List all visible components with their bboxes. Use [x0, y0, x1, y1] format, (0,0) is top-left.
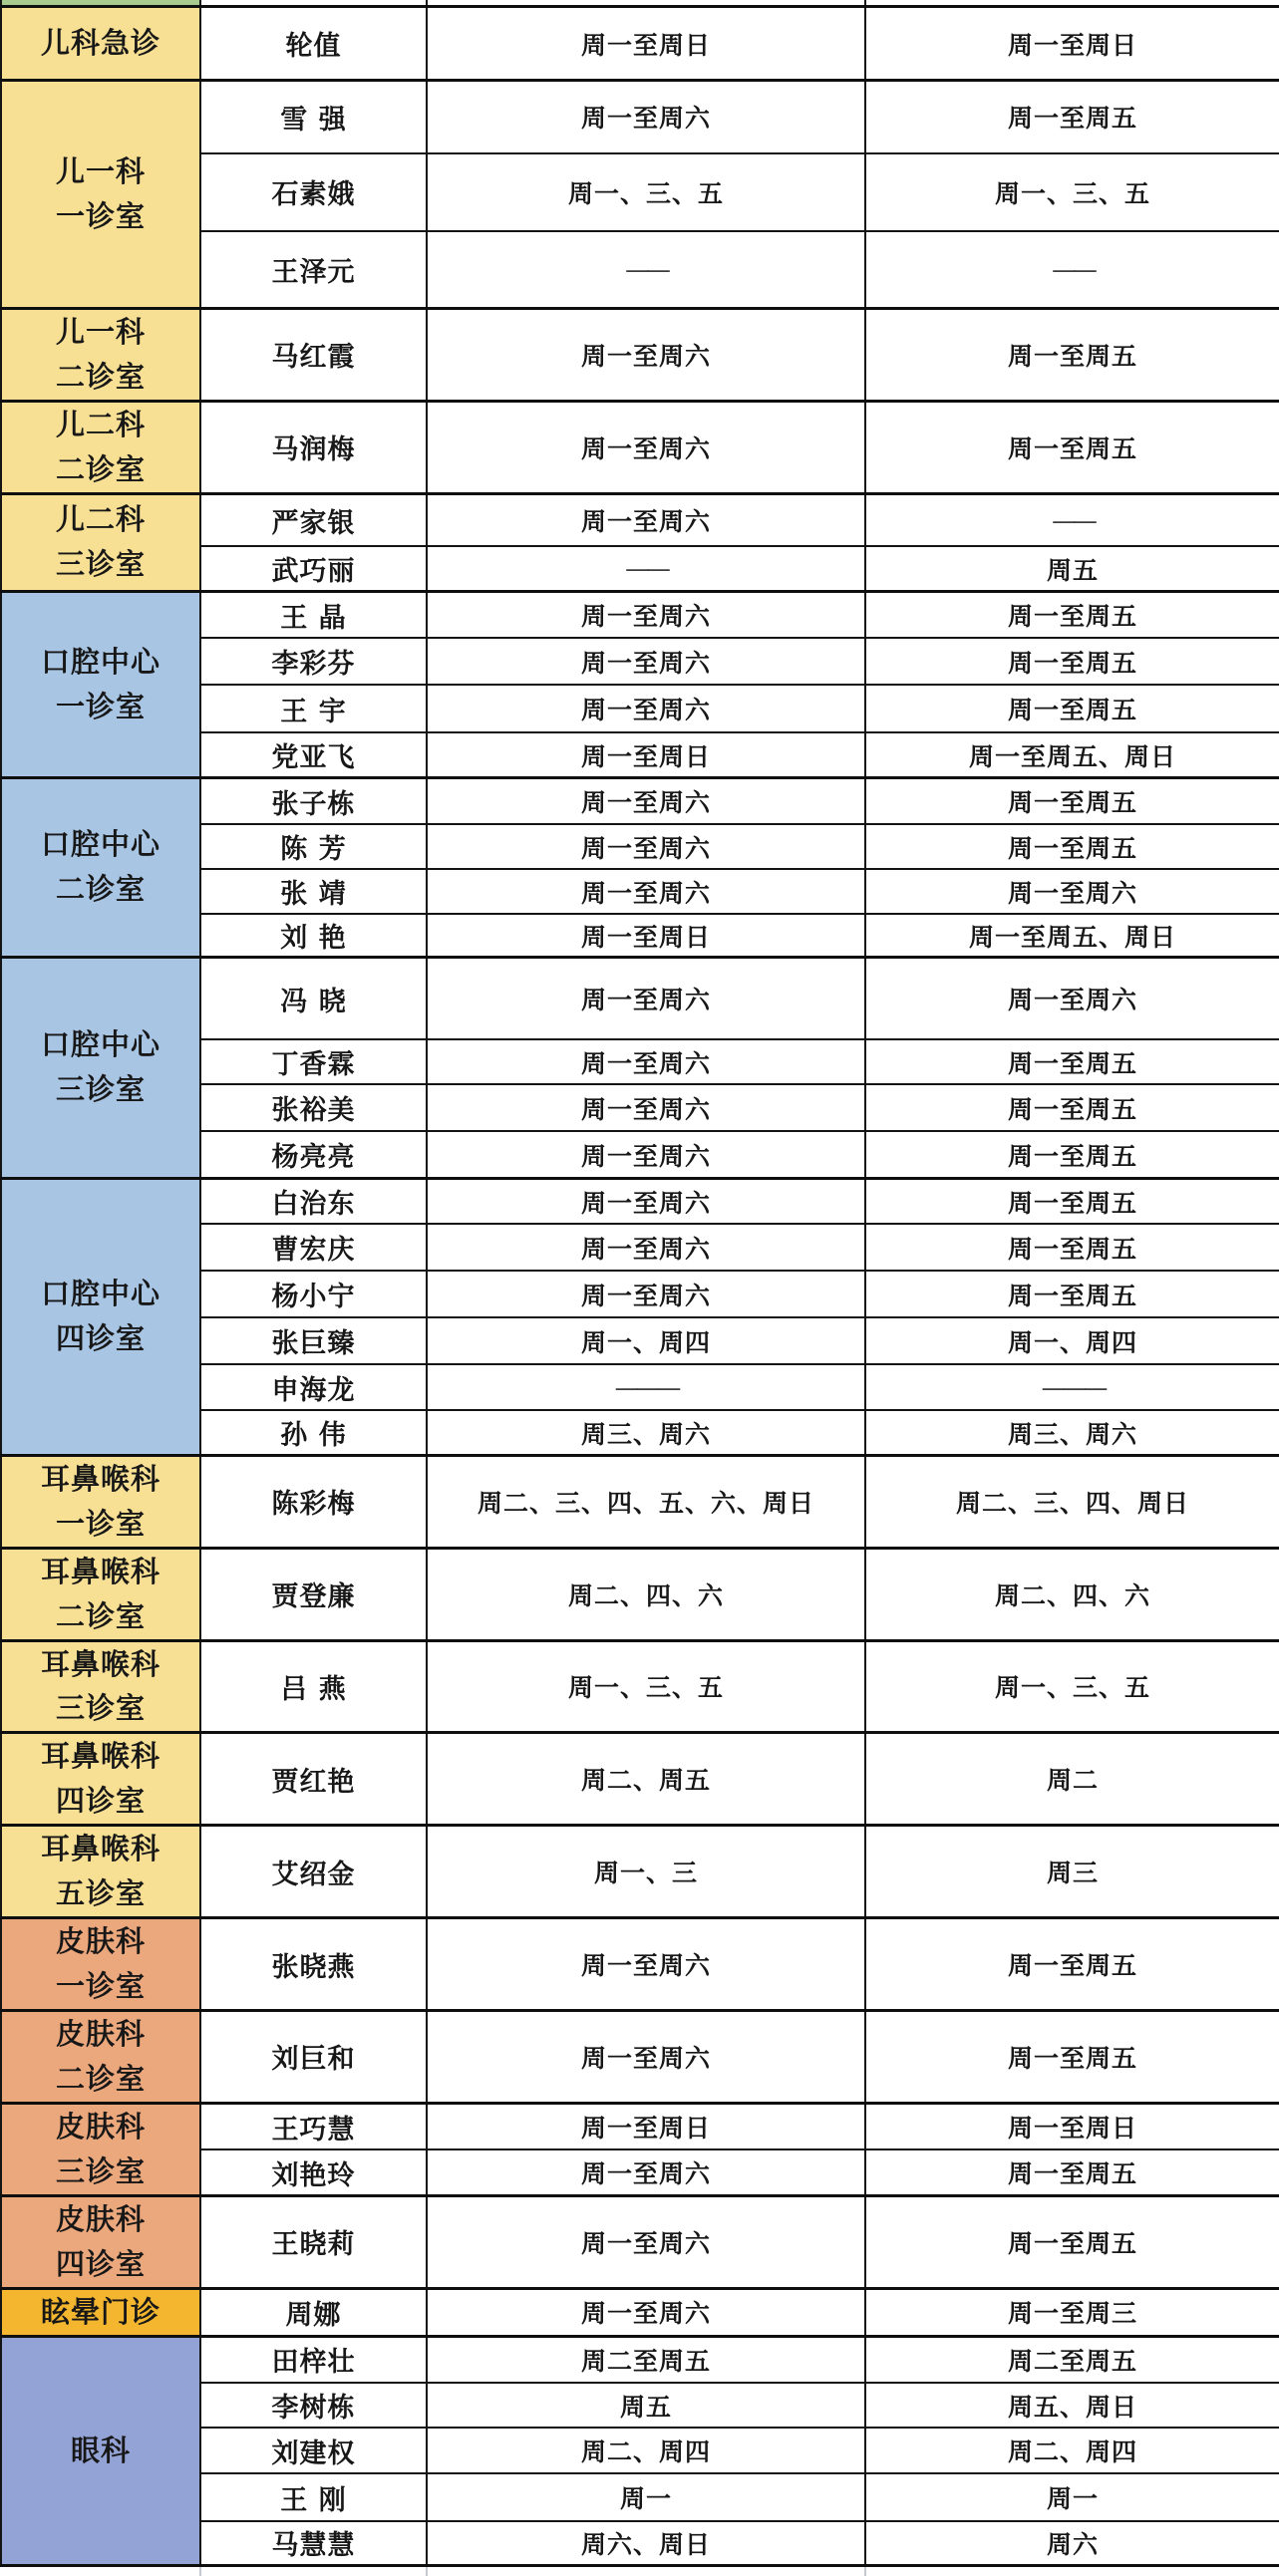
schedule-right-cell: 周二、四、六: [865, 1548, 1279, 1640]
department-cell: 口腔中心 四诊室: [1, 1178, 200, 1455]
schedule-right-cell: 周一至周日: [865, 7, 1279, 81]
schedule-right-cell: 周一至周五: [865, 777, 1279, 824]
table-row: 皮肤科 二诊室刘巨和周一至周六周一至周五: [1, 2011, 1279, 2104]
doctor-name-cell: 周娜: [200, 2288, 427, 2336]
outpatient-schedule-table: 儿科急诊轮值周一至周日周一至周日儿一科 一诊室雪 强周一至周六周一至周五石素娥周…: [0, 0, 1279, 2576]
schedule-right-cell: 周一至周五: [865, 309, 1279, 402]
department-cell: 儿一科 一诊室: [1, 81, 200, 309]
schedule-right-cell: 周五、周日: [865, 2383, 1279, 2428]
schedule-left-cell: 周一至周六: [427, 957, 865, 1039]
schedule-left-cell: 周一至周六: [427, 1178, 865, 1224]
schedule-left-cell: 周一至周六: [427, 81, 865, 153]
schedule-left-cell: 周一、三: [427, 1826, 865, 1918]
table-row: 耳鼻喉科 一诊室陈彩梅周二、三、四、五、六、周日周二、三、四、周日: [1, 1455, 1279, 1548]
schedule-left-cell: 周六、周日: [427, 2521, 865, 2565]
schedule-left-cell: 周一至周六: [427, 1084, 865, 1131]
schedule-right-cell: 周一至周五: [865, 401, 1279, 493]
schedule-left-cell: 周一至周六: [427, 1918, 865, 2011]
schedule-left-cell: 周三、周六: [427, 1410, 865, 1455]
schedule-right-cell: 周一至周五: [865, 2149, 1279, 2195]
schedule-left-cell: 周二、周五: [427, 1733, 865, 1826]
doctor-name-cell: 张晓燕: [200, 1918, 427, 2011]
schedule-left-cell: 周一至周六: [427, 1224, 865, 1271]
schedule-right-cell: 周一至周五: [865, 1131, 1279, 1178]
schedule-left-cell: 周一至周六: [427, 2149, 865, 2195]
schedule-right-cell: 周二、三、四、周日: [865, 1455, 1279, 1548]
schedule-right-cell: 周一至周五: [865, 1084, 1279, 1131]
doctor-name-cell: 刘巨和: [200, 2011, 427, 2104]
empty-cell-partial: [200, 2565, 427, 2576]
doctor-name-cell: 王 刚: [200, 2473, 427, 2521]
doctor-name-cell: 马慧慧: [200, 2521, 427, 2565]
partial-row-bottom: [1, 2565, 1279, 2576]
schedule-left-cell: 周一、周四: [427, 1317, 865, 1364]
doctor-name-cell: 雪 强: [200, 81, 427, 153]
department-cell: 眩晕门诊: [1, 2288, 200, 2336]
no-schedule-dash: ———: [615, 1373, 678, 1402]
doctor-name-cell: 陈彩梅: [200, 1455, 427, 1548]
table-row: 眼科田梓壮周二至周五周二至周五: [1, 2336, 1279, 2383]
table-row: 口腔中心 二诊室张子栋周一至周六周一至周五: [1, 777, 1279, 824]
schedule-right-cell: 周二至周五: [865, 2336, 1279, 2383]
empty-cell-partial: [865, 2565, 1279, 2576]
doctor-name-cell: 杨小宁: [200, 1271, 427, 1317]
table-row: 耳鼻喉科 二诊室贾登廉周二、四、六周二、四、六: [1, 1548, 1279, 1640]
doctor-name-cell: 马润梅: [200, 401, 427, 493]
table-row: 眩晕门诊周娜周一至周六周一至周三: [1, 2288, 1279, 2336]
schedule-left-cell: 周二至周五: [427, 2336, 865, 2383]
department-cell: 耳鼻喉科 二诊室: [1, 1548, 200, 1640]
schedule-right-cell: 周一至周五: [865, 1224, 1279, 1271]
schedule-right-cell: 周二: [865, 1733, 1279, 1826]
doctor-name-cell: 冯 晓: [200, 957, 427, 1039]
schedule-right-cell: ———: [865, 1364, 1279, 1410]
schedule-right-cell: 周一至周五: [865, 824, 1279, 869]
table-row: 皮肤科 三诊室王巧慧周一至周日周一至周日: [1, 2103, 1279, 2149]
schedule-left-cell: 周一至周六: [427, 1271, 865, 1317]
schedule-right-cell: ——: [865, 493, 1279, 546]
table-row: 口腔中心 三诊室冯 晓周一至周六周一至周六: [1, 957, 1279, 1039]
doctor-name-cell: 田梓壮: [200, 2336, 427, 2383]
schedule-left-cell: 周一至周六: [427, 1039, 865, 1084]
schedule-left-cell: 周二、四、六: [427, 1548, 865, 1640]
schedule-right-cell: 周一、三、五: [865, 1640, 1279, 1733]
department-cell: 皮肤科 二诊室: [1, 2011, 200, 2104]
schedule-right-cell: 周一至周五: [865, 81, 1279, 153]
doctor-name-cell: 杨亮亮: [200, 1131, 427, 1178]
table-row: 耳鼻喉科 三诊室吕 燕周一、三、五周一、三、五: [1, 1640, 1279, 1733]
doctor-name-cell: 王 宇: [200, 685, 427, 732]
schedule-right-cell: 周一至周五: [865, 1271, 1279, 1317]
doctor-name-cell: 王晓莉: [200, 2195, 427, 2288]
doctor-name-cell: 丁香霖: [200, 1039, 427, 1084]
schedule-right-cell: 周三: [865, 1826, 1279, 1918]
department-cell: 皮肤科 四诊室: [1, 2195, 200, 2288]
schedule-left-cell: 周一至周日: [427, 7, 865, 81]
schedule-right-cell: 周一至周三: [865, 2288, 1279, 2336]
schedule-left-cell: 周一至周六: [427, 869, 865, 914]
doctor-name-cell: 孙 伟: [200, 1410, 427, 1455]
schedule-left-cell: 周一至周六: [427, 2288, 865, 2336]
doctor-name-cell: 王巧慧: [200, 2103, 427, 2149]
doctor-name-cell: 陈 芳: [200, 824, 427, 869]
schedule-left-cell: 周一至周日: [427, 732, 865, 777]
schedule-right-cell: 周一至周五、周日: [865, 732, 1279, 777]
schedule-left-cell: 周一、三、五: [427, 153, 865, 231]
doctor-name-cell: 贾登廉: [200, 1548, 427, 1640]
schedule-left-cell: 周二、三、四、五、六、周日: [427, 1455, 865, 1548]
schedule-table-body: 儿科急诊轮值周一至周日周一至周日儿一科 一诊室雪 强周一至周六周一至周五石素娥周…: [1, 0, 1279, 2576]
schedule-left-cell: 周一至周六: [427, 309, 865, 402]
table-row: 耳鼻喉科 四诊室贾红艳周二、周五周二: [1, 1733, 1279, 1826]
schedule-left-cell: ———: [427, 1364, 865, 1410]
doctor-name-cell: 张裕美: [200, 1084, 427, 1131]
doctor-name-cell: 轮值: [200, 7, 427, 81]
table-row: 皮肤科 一诊室张晓燕周一至周六周一至周五: [1, 1918, 1279, 2011]
department-cell: 口腔中心 一诊室: [1, 591, 200, 777]
table-row: 耳鼻喉科 五诊室艾绍金周一、三周三: [1, 1826, 1279, 1918]
schedule-right-cell: 周六: [865, 2521, 1279, 2565]
table-row: 儿一科 二诊室马红霞周一至周六周一至周五: [1, 309, 1279, 402]
schedule-left-cell: 周一至周六: [427, 824, 865, 869]
schedule-left-cell: 周一至周日: [427, 2103, 865, 2149]
schedule-left-cell: 周一至周六: [427, 1131, 865, 1178]
department-cell: 儿一科 二诊室: [1, 309, 200, 402]
no-schedule-dash: ——: [625, 554, 667, 583]
schedule-left-cell: 周一至周六: [427, 493, 865, 546]
schedule-left-cell: ——: [427, 231, 865, 309]
schedule-left-cell: 周一至周六: [427, 777, 865, 824]
schedule-right-cell: 周一至周五: [865, 638, 1279, 685]
department-cell: 眼科: [1, 2336, 200, 2565]
department-cell: 口腔中心 三诊室: [1, 957, 200, 1178]
schedule-right-cell: ——: [865, 231, 1279, 309]
schedule-left-cell: 周一至周六: [427, 591, 865, 638]
schedule-left-cell: 周一至周六: [427, 638, 865, 685]
no-schedule-dash: ——: [1052, 255, 1094, 284]
schedule-right-cell: 周一至周五、周日: [865, 914, 1279, 957]
doctor-name-cell: 马红霞: [200, 309, 427, 402]
department-cell: 皮肤科 一诊室: [1, 1918, 200, 2011]
schedule-right-cell: 周一至周五: [865, 685, 1279, 732]
schedule-left-cell: ——: [427, 546, 865, 591]
no-schedule-dash: ——: [1052, 506, 1094, 535]
table-row: 口腔中心 四诊室白治东周一至周六周一至周五: [1, 1178, 1279, 1224]
empty-cell-partial: [1, 2565, 200, 2576]
schedule-table-sheet: 儿科急诊轮值周一至周日周一至周日儿一科 一诊室雪 强周一至周六周一至周五石素娥周…: [0, 0, 1279, 2576]
schedule-left-cell: 周二、周四: [427, 2428, 865, 2473]
doctor-name-cell: 张 靖: [200, 869, 427, 914]
table-row: 皮肤科 四诊室王晓莉周一至周六周一至周五: [1, 2195, 1279, 2288]
schedule-left-cell: 周五: [427, 2383, 865, 2428]
department-cell: 儿科急诊: [1, 7, 200, 81]
schedule-right-cell: 周一至周五: [865, 1039, 1279, 1084]
schedule-left-cell: 周一至周六: [427, 401, 865, 493]
doctor-name-cell: 刘 艳: [200, 914, 427, 957]
schedule-left-cell: 周一至周六: [427, 2195, 865, 2288]
doctor-name-cell: 严家银: [200, 493, 427, 546]
doctor-name-cell: 李彩芬: [200, 638, 427, 685]
schedule-left-cell: 周一至周六: [427, 2011, 865, 2104]
empty-cell-partial: [427, 2565, 865, 2576]
doctor-name-cell: 刘艳玲: [200, 2149, 427, 2195]
department-cell: 耳鼻喉科 一诊室: [1, 1455, 200, 1548]
no-schedule-dash: ———: [1042, 1373, 1105, 1402]
doctor-name-cell: 党亚飞: [200, 732, 427, 777]
table-row: 儿二科 二诊室马润梅周一至周六周一至周五: [1, 401, 1279, 493]
schedule-left-cell: 周一: [427, 2473, 865, 2521]
no-schedule-dash: ——: [625, 255, 667, 284]
schedule-right-cell: 周一至周日: [865, 2103, 1279, 2149]
department-cell: 皮肤科 三诊室: [1, 2103, 200, 2195]
doctor-name-cell: 贾红艳: [200, 1733, 427, 1826]
department-cell: 耳鼻喉科 五诊室: [1, 1826, 200, 1918]
schedule-right-cell: 周一至周五: [865, 1178, 1279, 1224]
schedule-left-cell: 周一、三、五: [427, 1640, 865, 1733]
doctor-name-cell: 张巨臻: [200, 1317, 427, 1364]
doctor-name-cell: 李树栋: [200, 2383, 427, 2428]
schedule-right-cell: 周一至周六: [865, 957, 1279, 1039]
schedule-right-cell: 周五: [865, 546, 1279, 591]
department-cell: 耳鼻喉科 四诊室: [1, 1733, 200, 1826]
doctor-name-cell: 武巧丽: [200, 546, 427, 591]
schedule-right-cell: 周一至周五: [865, 2195, 1279, 2288]
table-row: 儿一科 一诊室雪 强周一至周六周一至周五: [1, 81, 1279, 153]
doctor-name-cell: 吕 燕: [200, 1640, 427, 1733]
department-cell: 耳鼻喉科 三诊室: [1, 1640, 200, 1733]
schedule-right-cell: 周一: [865, 2473, 1279, 2521]
schedule-right-cell: 周一至周五: [865, 2011, 1279, 2104]
doctor-name-cell: 艾绍金: [200, 1826, 427, 1918]
doctor-name-cell: 刘建权: [200, 2428, 427, 2473]
schedule-right-cell: 周一至周五: [865, 1918, 1279, 2011]
department-cell: 儿二科 三诊室: [1, 493, 200, 591]
schedule-right-cell: 周一至周六: [865, 869, 1279, 914]
doctor-name-cell: 王 晶: [200, 591, 427, 638]
table-row: 儿二科 三诊室严家银周一至周六——: [1, 493, 1279, 546]
doctor-name-cell: 白治东: [200, 1178, 427, 1224]
schedule-left-cell: 周一至周六: [427, 685, 865, 732]
schedule-left-cell: 周一至周日: [427, 914, 865, 957]
doctor-name-cell: 申海龙: [200, 1364, 427, 1410]
doctor-name-cell: 张子栋: [200, 777, 427, 824]
doctor-name-cell: 石素娥: [200, 153, 427, 231]
schedule-right-cell: 周一、三、五: [865, 153, 1279, 231]
table-row: 口腔中心 一诊室王 晶周一至周六周一至周五: [1, 591, 1279, 638]
doctor-name-cell: 曹宏庆: [200, 1224, 427, 1271]
table-row: 儿科急诊轮值周一至周日周一至周日: [1, 7, 1279, 81]
department-cell: 儿二科 二诊室: [1, 401, 200, 493]
doctor-name-cell: 王泽元: [200, 231, 427, 309]
schedule-right-cell: 周三、周六: [865, 1410, 1279, 1455]
department-cell: 口腔中心 二诊室: [1, 777, 200, 957]
schedule-right-cell: 周一、周四: [865, 1317, 1279, 1364]
schedule-right-cell: 周二、周四: [865, 2428, 1279, 2473]
schedule-right-cell: 周一至周五: [865, 591, 1279, 638]
